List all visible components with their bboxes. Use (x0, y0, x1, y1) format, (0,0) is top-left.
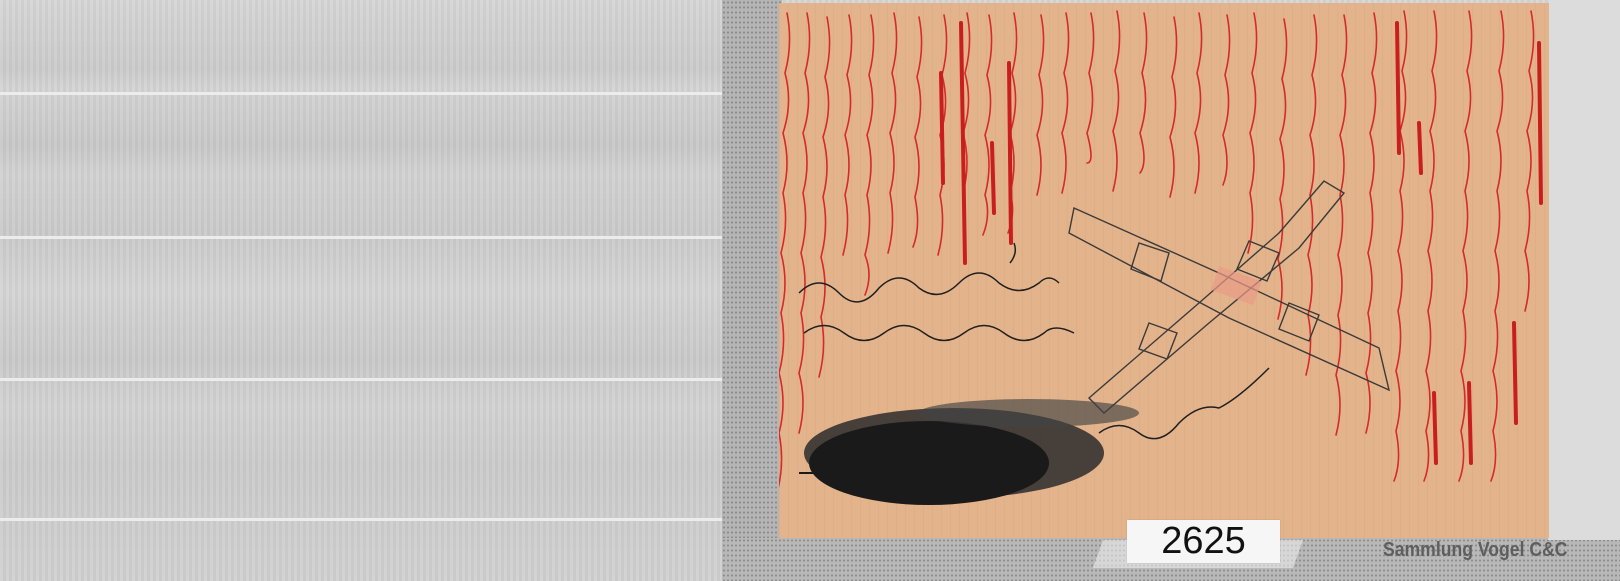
mounting-board-strip (722, 0, 782, 581)
red-strike-marks (941, 23, 1541, 463)
collection-watermark: Sammlung Vogel C&C (1383, 539, 1567, 562)
handwritten-note-sheet: Nessel-Kreuz Vollständig 25 cm x 25 cm K… (779, 3, 1549, 538)
handwriting-and-sketch-drawing (779, 3, 1549, 538)
catalogue-number-label: 2625 (1127, 520, 1280, 563)
scan-margin-right (1548, 0, 1620, 540)
cross-center-hatching (1211, 266, 1262, 305)
ink-blot (799, 399, 1139, 505)
